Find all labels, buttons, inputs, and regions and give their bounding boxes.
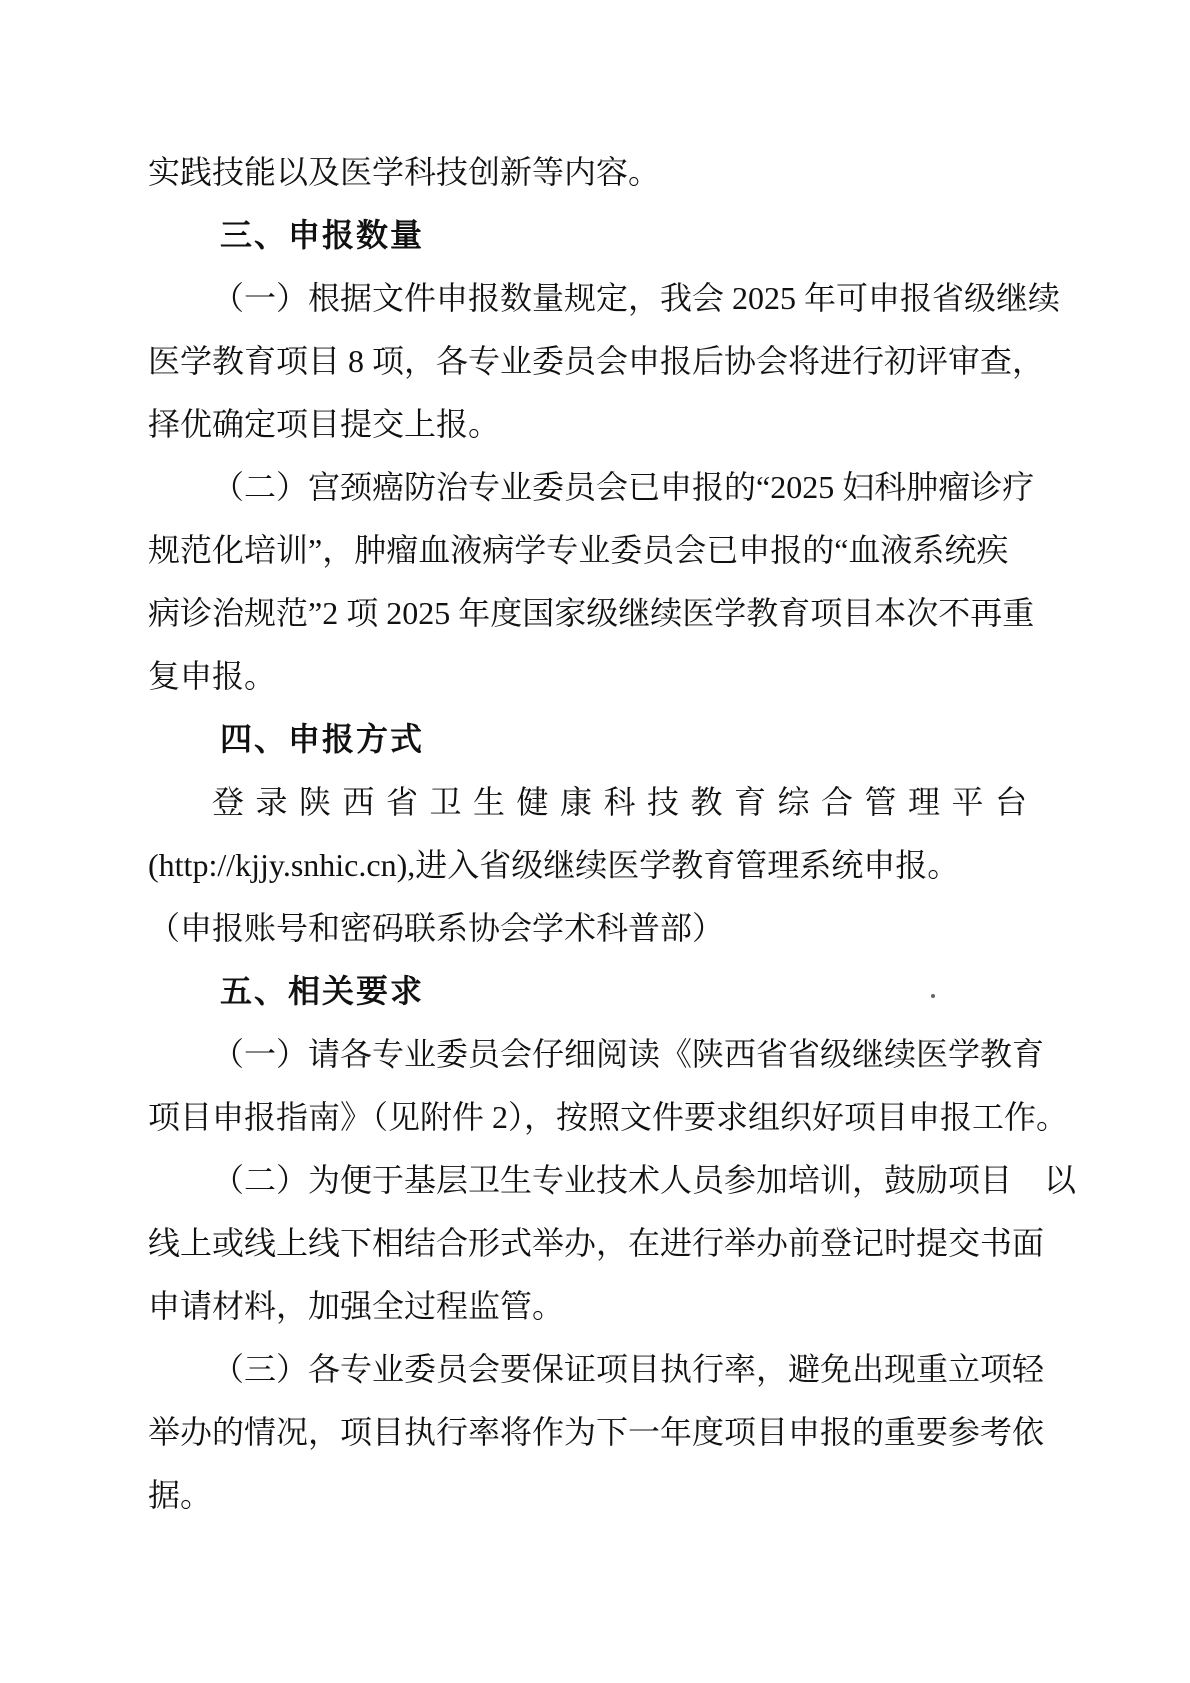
text-line: （二）宫颈癌防治专业委员会已申报的“2025 妇科肿瘤诊疗 [148,456,1050,519]
text-line: 复申报。 [148,645,1050,708]
document-text: 实践技能以及医学科技创新等内容。 三、申报数量 （一）根据文件申报数量规定，我会… [148,141,1050,1527]
text-line-continuation: 实践技能以及医学科技创新等内容。 [148,141,1050,204]
text-line: （二）为便于基层卫生专业技术人员参加培训，鼓励项目 以 [148,1149,1050,1212]
text-line: 病诊治规范”2 项 2025 年度国家级继续医学教育项目本次不再重 [148,582,1050,645]
scan-speck-artifact [931,994,935,998]
text-line: 申请材料，加强全过程监管。 [148,1275,1050,1338]
text-line: 举办的情况，项目执行率将作为下一年度项目申报的重要参考依 [148,1401,1050,1464]
text-line-platform-url: (http://kjjy.snhic.cn),进入省级继续医学教育管理系统申报。 [148,834,1050,897]
section-heading-method: 四、申报方式 [148,708,1050,771]
text-line: 医学教育项目 8 项，各专业委员会申报后协会将进行初评审查， [148,330,1050,393]
text-line: 项目申报指南》（见附件 2），按照文件要求组织好项目申报工作。 [148,1086,1050,1149]
text-line-account-note: （申报账号和密码联系协会学术科普部） [148,897,1050,960]
section-heading-quantity: 三、申报数量 [148,204,1050,267]
text-line: 规范化培训”，肿瘤血液病学专业委员会已申报的“血液系统疾 [148,519,1050,582]
document-page: 实践技能以及医学科技创新等内容。 三、申报数量 （一）根据文件申报数量规定，我会… [0,0,1190,1683]
text-line: （一）请各专业委员会仔细阅读《陕西省省级继续医学教育 [148,1023,1050,1086]
text-line: （一）根据文件申报数量规定，我会 2025 年可申报省级继续 [148,267,1050,330]
text-line: （三）各专业委员会要保证项目执行率，避免出现重立项轻 [148,1338,1050,1401]
text-line: 据。 [148,1464,1050,1527]
section-heading-requirements: 五、相关要求 [148,960,1050,1023]
text-line-platform-name: 登录陕西省卫生健康科技教育综合管理平台 [148,771,1050,834]
text-line: 择优确定项目提交上报。 [148,393,1050,456]
text-line: 线上或线上线下相结合形式举办，在进行举办前登记时提交书面 [148,1212,1050,1275]
